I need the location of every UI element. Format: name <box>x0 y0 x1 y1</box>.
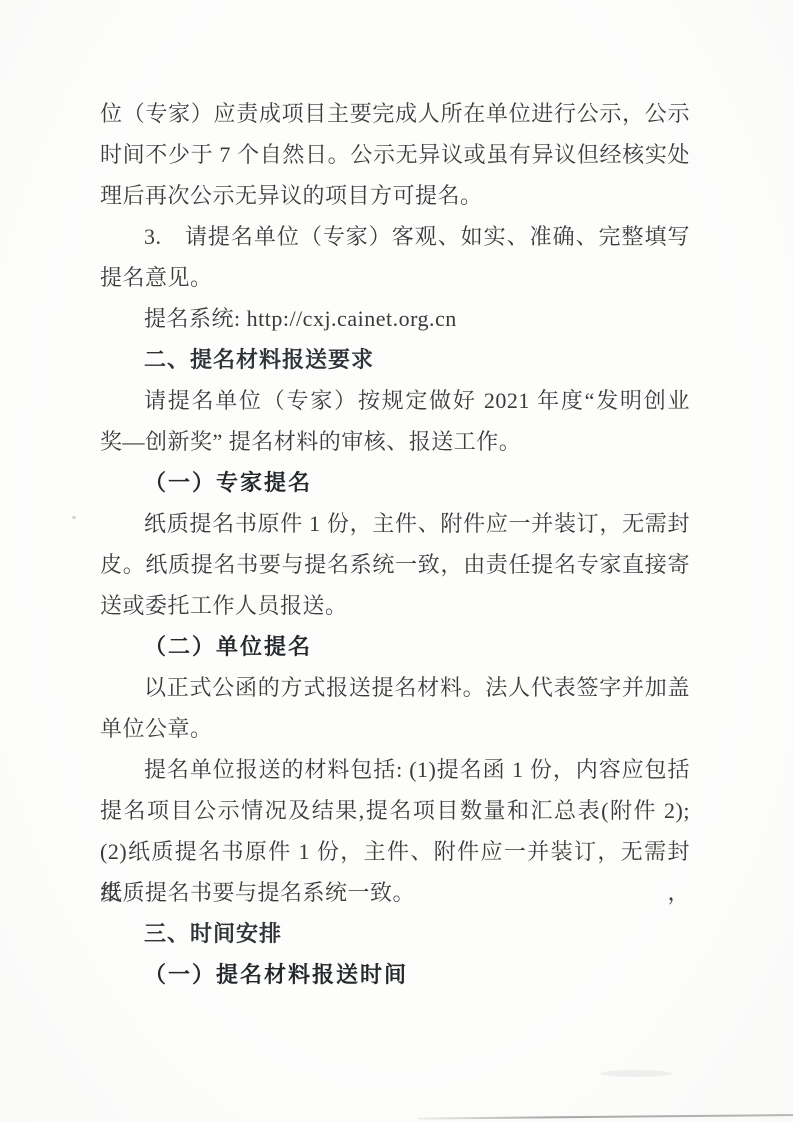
scanned-document-page: 位（专家）应责成项目主要完成人所在单位进行公示，公示时间不少于 7 个自然日。公… <box>0 0 793 1122</box>
paragraph-line: 送或委托工作人员报送。 <box>100 585 690 626</box>
paragraph-line: 提名意见。 <box>100 257 690 298</box>
page-bottom-edge-artifact <box>418 1114 793 1119</box>
paragraph-line: 提名系统: http://cxj.cainet.org.cn <box>100 298 690 339</box>
paragraph-line: 提名单位报送的材料包括: (1)提名函 1 份，内容应包括 <box>100 749 690 790</box>
paragraph-line: 理后再次公示无异议的项目方可提名。 <box>100 175 690 216</box>
paragraph-line: 纸质提名书原件 1 份，主件、附件应一并装订，无需封 <box>100 503 690 544</box>
paragraph-line: 3. 请提名单位（专家）客观、如实、准确、完整填写 <box>100 216 690 257</box>
subsection-heading: （二）单位提名 <box>100 626 690 667</box>
paragraph-line: 奖—创新奖” 提名材料的审核、报送工作。 <box>100 421 690 462</box>
section-heading: 三、时间安排 <box>100 913 690 954</box>
section-heading: 二、提名材料报送要求 <box>100 339 690 380</box>
paragraph-line: (2)纸质提名书原件 1 份，主件、附件应一并装订，无需封皮， <box>100 831 690 872</box>
paragraph-line: 以正式公函的方式报送提名材料。法人代表签字并加盖 <box>100 667 690 708</box>
scan-smudge-artifact <box>600 1070 672 1077</box>
document-body: 位（专家）应责成项目主要完成人所在单位进行公示，公示时间不少于 7 个自然日。公… <box>100 93 690 995</box>
paragraph-line: 时间不少于 7 个自然日。公示无异议或虽有异议但经核实处 <box>100 134 690 175</box>
paragraph-line: 皮。纸质提名书要与提名系统一致，由责任提名专家直接寄 <box>100 544 690 585</box>
paragraph-line: 提名项目公示情况及结果,提名项目数量和汇总表(附件 2); <box>100 790 690 831</box>
paragraph-line: 请提名单位（专家）按规定做好 2021 年度“发明创业 <box>100 380 690 421</box>
subsection-heading: （一）提名材料报送时间 <box>100 954 690 995</box>
paragraph-line: 位（专家）应责成项目主要完成人所在单位进行公示，公示 <box>100 93 690 134</box>
paragraph-line: 单位公章。 <box>100 708 690 749</box>
subsection-heading: （一）专家提名 <box>100 462 690 503</box>
scan-speck-artifact <box>72 516 76 519</box>
